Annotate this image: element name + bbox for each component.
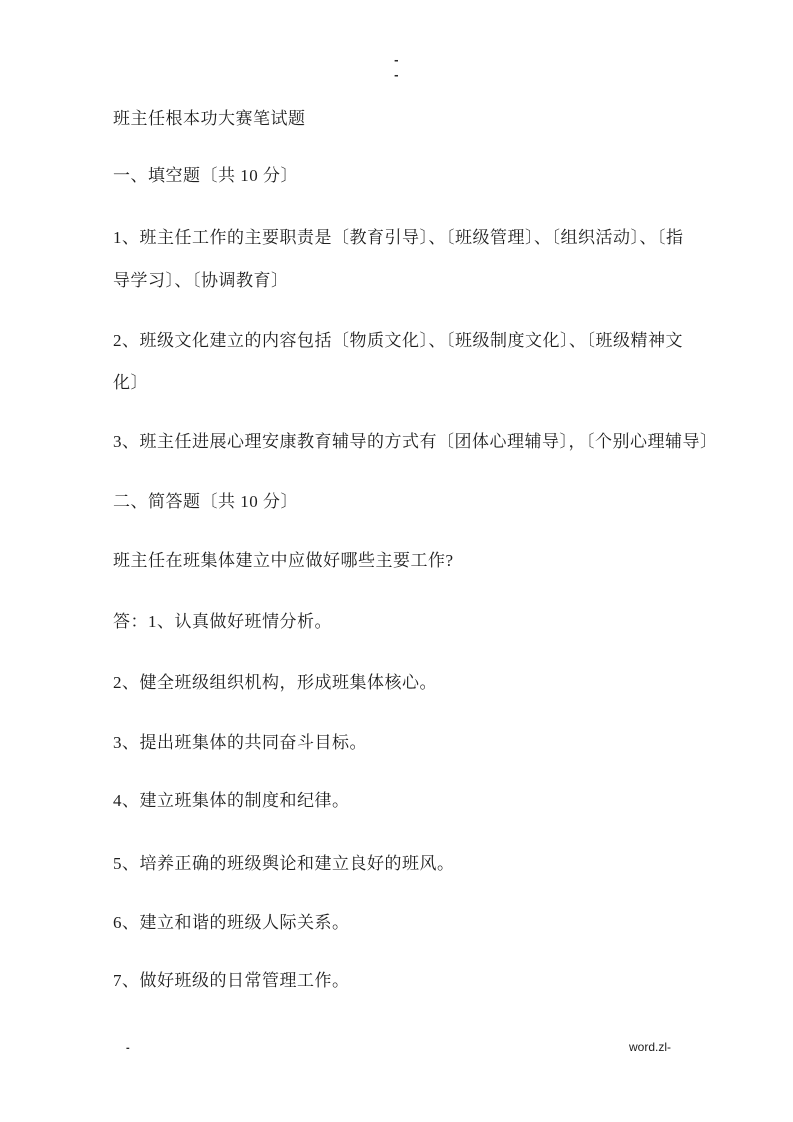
section-1-heading: 一、填空题〔共 10 分〕 (113, 166, 298, 186)
answer-item-7: 7、做好班级的日常管理工作。 (113, 971, 350, 991)
document-page: - - 班主任根本功大赛笔试题 一、填空题〔共 10 分〕 1、班主任工作的主要… (0, 0, 793, 1122)
answer-item-2: 2、健全班级组织机构，形成班集体核心。 (113, 673, 437, 693)
fill-blank-q1-line-1: 1、班主任工作的主要职责是〔教育引导〕、〔班级管理〕、〔组织活动〕、〔指 (113, 228, 684, 248)
footer-dash-mark: - (126, 1042, 130, 1054)
header-dash-mark: - (393, 58, 400, 64)
footer-watermark-text: word.zl- (629, 1040, 671, 1054)
header-dash-mark: - (393, 73, 400, 79)
fill-blank-q3-line: 3、班主任进展心理安康教育辅导的方式有〔团体心理辅导〕，〔个别心理辅导〕 (113, 432, 718, 452)
short-answer-question: 班主任在班集体建立中应做好哪些主要工作? (113, 551, 454, 571)
answer-item-1: 答：1、认真做好班情分析。 (113, 612, 332, 632)
answer-item-6: 6、建立和谐的班级人际关系。 (113, 913, 350, 933)
fill-blank-q1-line-2: 导学习〕、〔协调教育〕 (113, 271, 289, 291)
fill-blank-q2-line-2: 化〕 (113, 373, 148, 393)
section-2-heading: 二、简答题〔共 10 分〕 (113, 492, 298, 512)
answer-item-5: 5、培养正确的班级舆论和建立良好的班风。 (113, 854, 455, 874)
answer-item-3: 3、提出班集体的共同奋斗目标。 (113, 733, 367, 753)
doc-title: 班主任根本功大赛笔试题 (113, 109, 306, 129)
fill-blank-q2-line-1: 2、班级文化建立的内容包括〔物质文化〕、〔班级制度文化〕、〔班级精神文 (113, 331, 683, 351)
answer-item-4: 4、建立班集体的制度和纪律。 (113, 791, 350, 811)
